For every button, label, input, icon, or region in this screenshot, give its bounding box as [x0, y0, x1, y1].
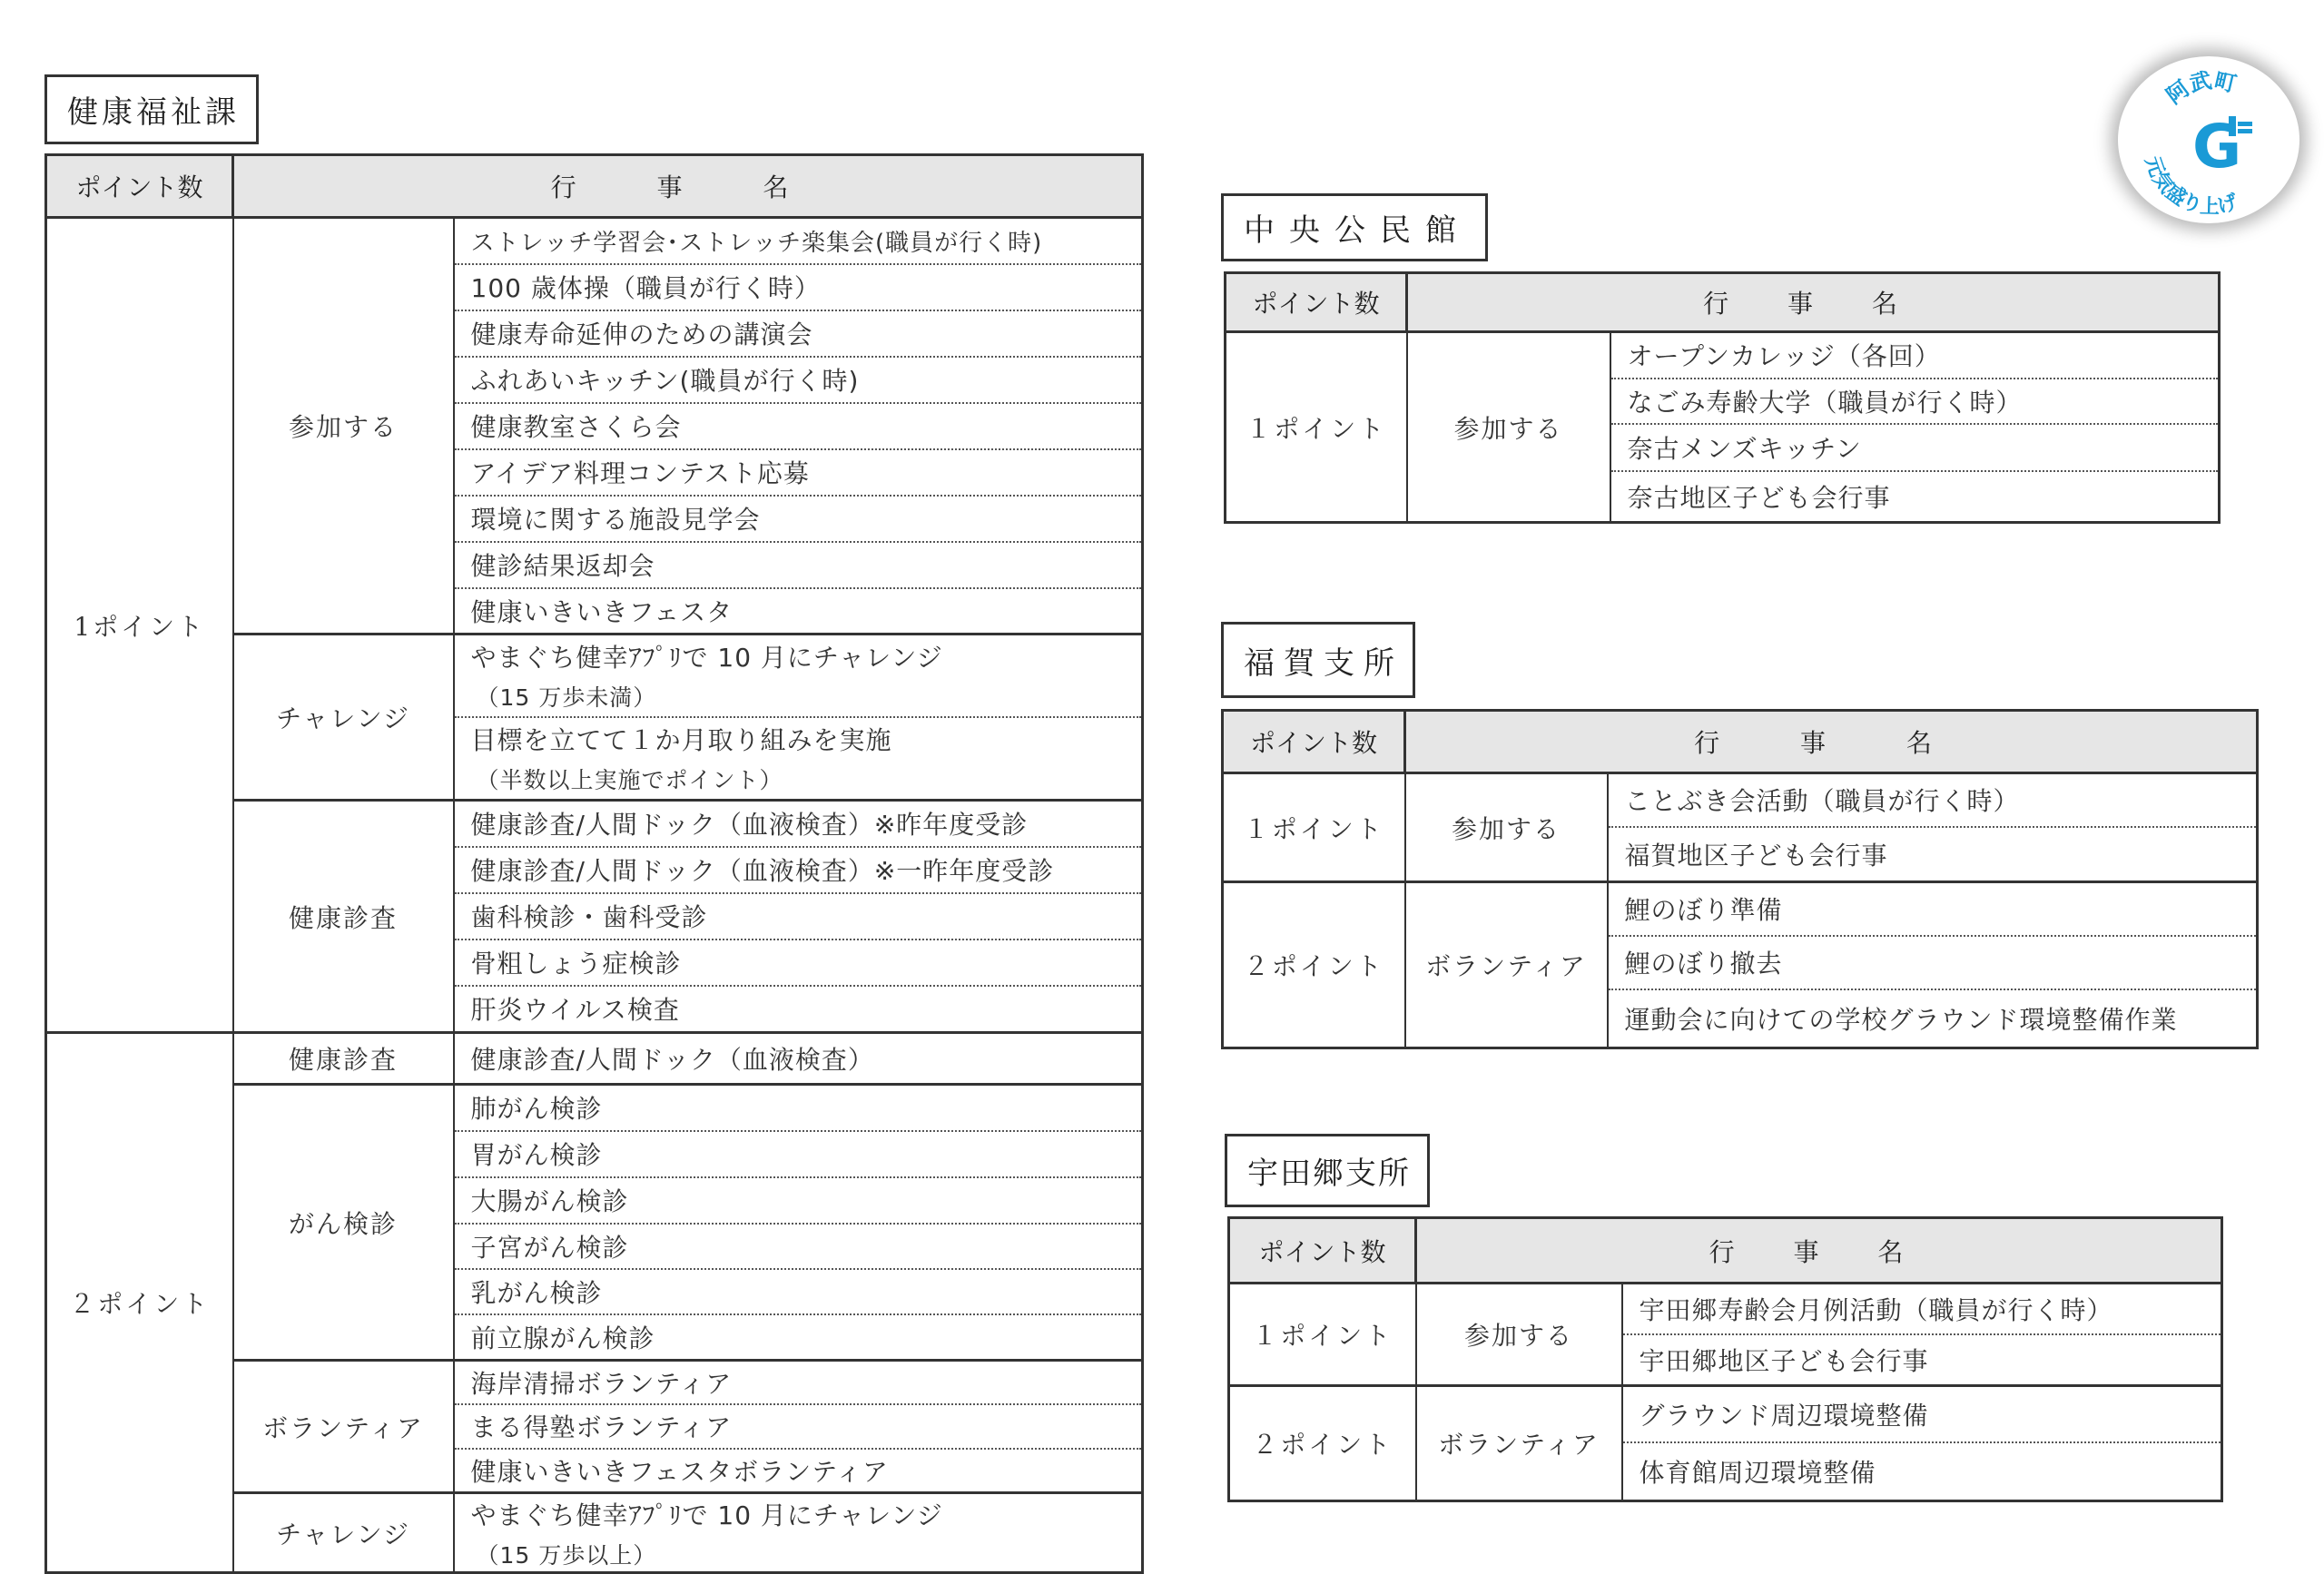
- event-item: 鯉のぼり撤去: [1608, 936, 2258, 989]
- points-table-chuo-kominkan: ポイント数 行 事 名 １ポイント 参加する オープンカレッジ（各回） なごみ寿…: [1224, 271, 2221, 524]
- header-points: ポイント数: [1226, 273, 1407, 332]
- category-label: 参加する: [1405, 773, 1608, 882]
- event-item: 鯉のぼり準備: [1608, 882, 2258, 936]
- header-points: ポイント数: [1223, 711, 1405, 773]
- event-item: 海岸清掃ボランティア: [454, 1361, 1143, 1404]
- thumbs-up-icon: [2229, 116, 2236, 136]
- category-label: 健康診査: [233, 1033, 454, 1085]
- event-item: なごみ寿齢大学（職員が行く時）: [1610, 379, 2220, 424]
- header-event-name: 行 事 名: [1407, 273, 2220, 332]
- header-event-name: 行 事 名: [233, 155, 1143, 218]
- header-points: ポイント数: [46, 155, 233, 218]
- event-item: 子宮がん検診: [454, 1224, 1143, 1269]
- event-item: 宇田郷寿齢会月例活動（職員が行く時）: [1622, 1284, 2222, 1334]
- event-item: 前立腺がん検診: [454, 1314, 1143, 1361]
- event-item: 体育館周辺環境整備: [1622, 1442, 2222, 1501]
- points-label: ２ポイント: [1229, 1386, 1416, 1501]
- event-item: 大腸がん検診: [454, 1177, 1143, 1224]
- event-item: ふれあいキッチン(職員が行く時): [454, 357, 1143, 403]
- event-item: 環境に関する施設見学会: [454, 496, 1143, 542]
- event-item: 運動会に向けての学校グラウンド環境整備作業: [1608, 989, 2258, 1048]
- category-label: ボランティア: [233, 1361, 454, 1493]
- category-label: チャレンジ: [233, 1493, 454, 1573]
- event-item: アイデア料理コンテスト応募: [454, 449, 1143, 496]
- event-item-line2: （半数以上実施でポイント）: [471, 762, 1142, 795]
- event-item: 健康診査/人間ドック（血液検査）※昨年度受診: [454, 801, 1143, 847]
- event-item: 肺がん検診: [454, 1085, 1143, 1131]
- event-item: 乳がん検診: [454, 1269, 1143, 1314]
- event-item: グラウンド周辺環境整備: [1622, 1386, 2222, 1442]
- event-item: やまぐち健幸ｱﾌﾟﾘで 10 月にチャレンジ （15 万歩以上）: [454, 1493, 1143, 1573]
- section-title-chuo-kominkan: 中央公民館: [1221, 193, 1488, 261]
- event-item: 福賀地区子ども会行事: [1608, 827, 2258, 882]
- event-item: 歯科検診・歯科受診: [454, 893, 1143, 939]
- event-item: 胃がん検診: [454, 1131, 1143, 1177]
- event-item: 健康いきいきフェスタ: [454, 588, 1143, 635]
- logo-graphic: 阿武町 G 元気盛り上げ: [2118, 56, 2299, 223]
- points-label: 1ポイント: [46, 218, 233, 1033]
- event-item: 健康いきいきフェスタボランティア: [454, 1449, 1143, 1493]
- event-item: 健康寿命延伸のための講演会: [454, 310, 1143, 357]
- category-label: がん検診: [233, 1085, 454, 1361]
- event-item: 奈古メンズキッチン: [1610, 424, 2220, 471]
- event-item-line2: （15 万歩未満）: [471, 680, 1142, 713]
- header-event-name: 行 事 名: [1416, 1218, 2222, 1284]
- event-item: オープンカレッジ（各回）: [1610, 332, 2220, 379]
- event-item: 奈古地区子ども会行事: [1610, 471, 2220, 523]
- event-item: 健診結果返却会: [454, 542, 1143, 588]
- logo-top-text: 阿武町: [2162, 67, 2239, 109]
- event-item: 健康診査/人間ドック（血液検査）※一昨年度受診: [454, 847, 1143, 893]
- event-item: 健康教室さくら会: [454, 403, 1143, 449]
- points-table-kenko-fukushi: ポイント数 行 事 名 1ポイント 参加する ストレッチ学習会･ストレッチ楽集会…: [44, 153, 1144, 1574]
- event-item: ことぶき会活動（職員が行く時）: [1608, 773, 2258, 827]
- svg-text:阿武町: 阿武町: [2162, 67, 2239, 109]
- category-label: チャレンジ: [233, 635, 454, 801]
- event-item: ストレッチ学習会･ストレッチ楽集会(職員が行く時): [454, 218, 1143, 264]
- points-label: １ポイント: [1226, 332, 1407, 523]
- event-item-line1: やまぐち健幸ｱﾌﾟﾘで 10 月にチャレンジ: [471, 643, 943, 673]
- event-item: 宇田郷地区子ども会行事: [1622, 1334, 2222, 1386]
- event-item: 目標を立てて１か月取り組みを実施 （半数以上実施でポイント）: [454, 717, 1143, 801]
- category-label: 参加する: [1407, 332, 1610, 523]
- points-table-udago-branch: ポイント数 行 事 名 １ポイント 参加する 宇田郷寿齢会月例活動（職員が行く時…: [1227, 1216, 2223, 1502]
- event-item: やまぐち健幸ｱﾌﾟﾘで 10 月にチャレンジ （15 万歩未満）: [454, 635, 1143, 717]
- category-label: 健康診査: [233, 801, 454, 1033]
- points-label: １ポイント: [1223, 773, 1405, 882]
- abu-town-genki-logo: 阿武町 G 元気盛り上げ: [2118, 56, 2299, 223]
- points-label: ２ポイント: [1223, 882, 1405, 1048]
- section-title-fukuga-branch: 福賀支所: [1221, 622, 1415, 698]
- section-title-udago-branch: 宇田郷支所: [1225, 1134, 1430, 1207]
- event-item-line1: やまぐち健幸ｱﾌﾟﾘで 10 月にチャレンジ: [471, 1500, 943, 1530]
- category-label: 参加する: [233, 218, 454, 635]
- event-item-line1: 目標を立てて１か月取り組みを実施: [471, 725, 892, 755]
- category-label: ボランティア: [1405, 882, 1608, 1048]
- event-item: 肝炎ウイルス検査: [454, 986, 1143, 1033]
- points-label: ２ポイント: [46, 1033, 233, 1573]
- event-item: 骨粗しょう症検診: [454, 939, 1143, 986]
- event-item-line2: （15 万歩以上）: [471, 1538, 1142, 1570]
- event-item: 健康診査/人間ドック（血液検査）: [454, 1033, 1143, 1085]
- points-table-fukuga-branch: ポイント数 行 事 名 １ポイント 参加する ことぶき会活動（職員が行く時） 福…: [1221, 709, 2259, 1049]
- event-item: まる得塾ボランティア: [454, 1404, 1143, 1449]
- category-label: ボランティア: [1416, 1386, 1622, 1501]
- section-title-kenko-fukushi: 健康福祉課: [44, 74, 259, 144]
- header-event-name: 行 事 名: [1405, 711, 2258, 773]
- points-label: １ポイント: [1229, 1284, 1416, 1386]
- category-label: 参加する: [1416, 1284, 1622, 1386]
- event-item: 100 歳体操（職員が行く時）: [454, 264, 1143, 310]
- header-points: ポイント数: [1229, 1218, 1416, 1284]
